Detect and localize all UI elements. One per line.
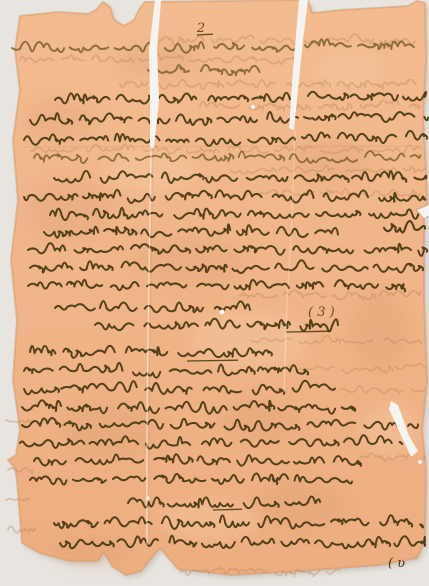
handwritten-underline <box>213 509 242 510</box>
tear-speck <box>251 105 255 109</box>
handwritten-underline <box>286 331 331 332</box>
scanned-manuscript-page: 2 ( 3 ) ( ʋ <box>0 0 429 586</box>
bottom-margin-mark: ( ʋ <box>388 556 405 571</box>
page-number: 2 <box>196 21 205 36</box>
manuscript-scan-canvas: 2 ( 3 ) ( ʋ <box>0 0 429 586</box>
tear-speck <box>220 310 225 315</box>
handwritten-underline <box>187 360 238 361</box>
section-number-mark: ( 3 ) <box>308 305 335 320</box>
tear-speck <box>418 460 422 464</box>
paper-stain <box>350 290 410 370</box>
